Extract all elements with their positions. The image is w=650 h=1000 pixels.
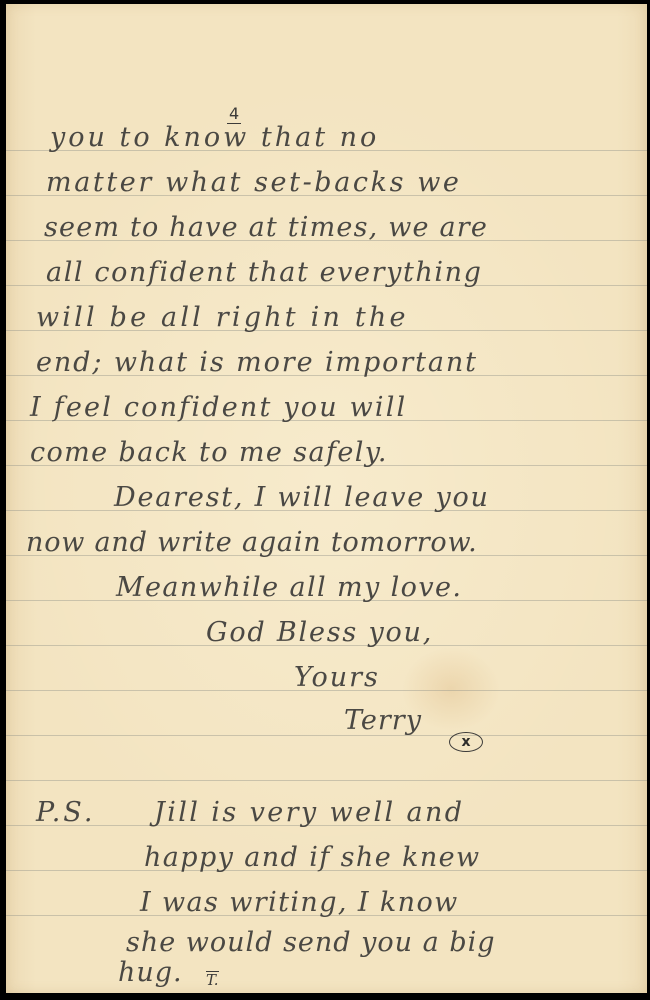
- body-line: will be all right in the: [36, 304, 409, 331]
- body-line: come back to me safely.: [30, 439, 388, 466]
- ps-line: hug.: [118, 959, 183, 986]
- body-line: all confident that everything: [46, 259, 483, 286]
- body-line: I feel confident you will: [30, 394, 407, 421]
- ps-line: happy and if she knew: [144, 844, 481, 871]
- body-line: now and write again tomorrow.: [26, 529, 478, 556]
- body-line: Meanwhile all my love.: [116, 574, 462, 601]
- ps-label: P.S.: [36, 799, 95, 826]
- body-line: matter what set-backs we: [46, 169, 462, 196]
- ps-line: Jill is very well and: [154, 799, 464, 826]
- ps-line: she would send you a big: [126, 929, 496, 956]
- body-line: seem to have at times, we are: [44, 214, 488, 241]
- ps-line: I was writing, I know: [140, 889, 459, 916]
- signature: Terry: [344, 707, 422, 734]
- closing-valediction: Yours: [294, 664, 380, 691]
- body-line: Dearest, I will leave you: [114, 484, 490, 511]
- closing-blessing: God Bless you,: [206, 619, 433, 646]
- ruled-line: [6, 735, 647, 736]
- body-line: end; what is more important: [36, 349, 478, 376]
- ps-initial: T.: [206, 971, 219, 988]
- kiss-mark-icon: x: [449, 732, 483, 752]
- ruled-line: [6, 780, 647, 781]
- body-line: you to know that no: [50, 124, 379, 151]
- letter-page: 4 you to know that no matter what set-ba…: [6, 4, 647, 993]
